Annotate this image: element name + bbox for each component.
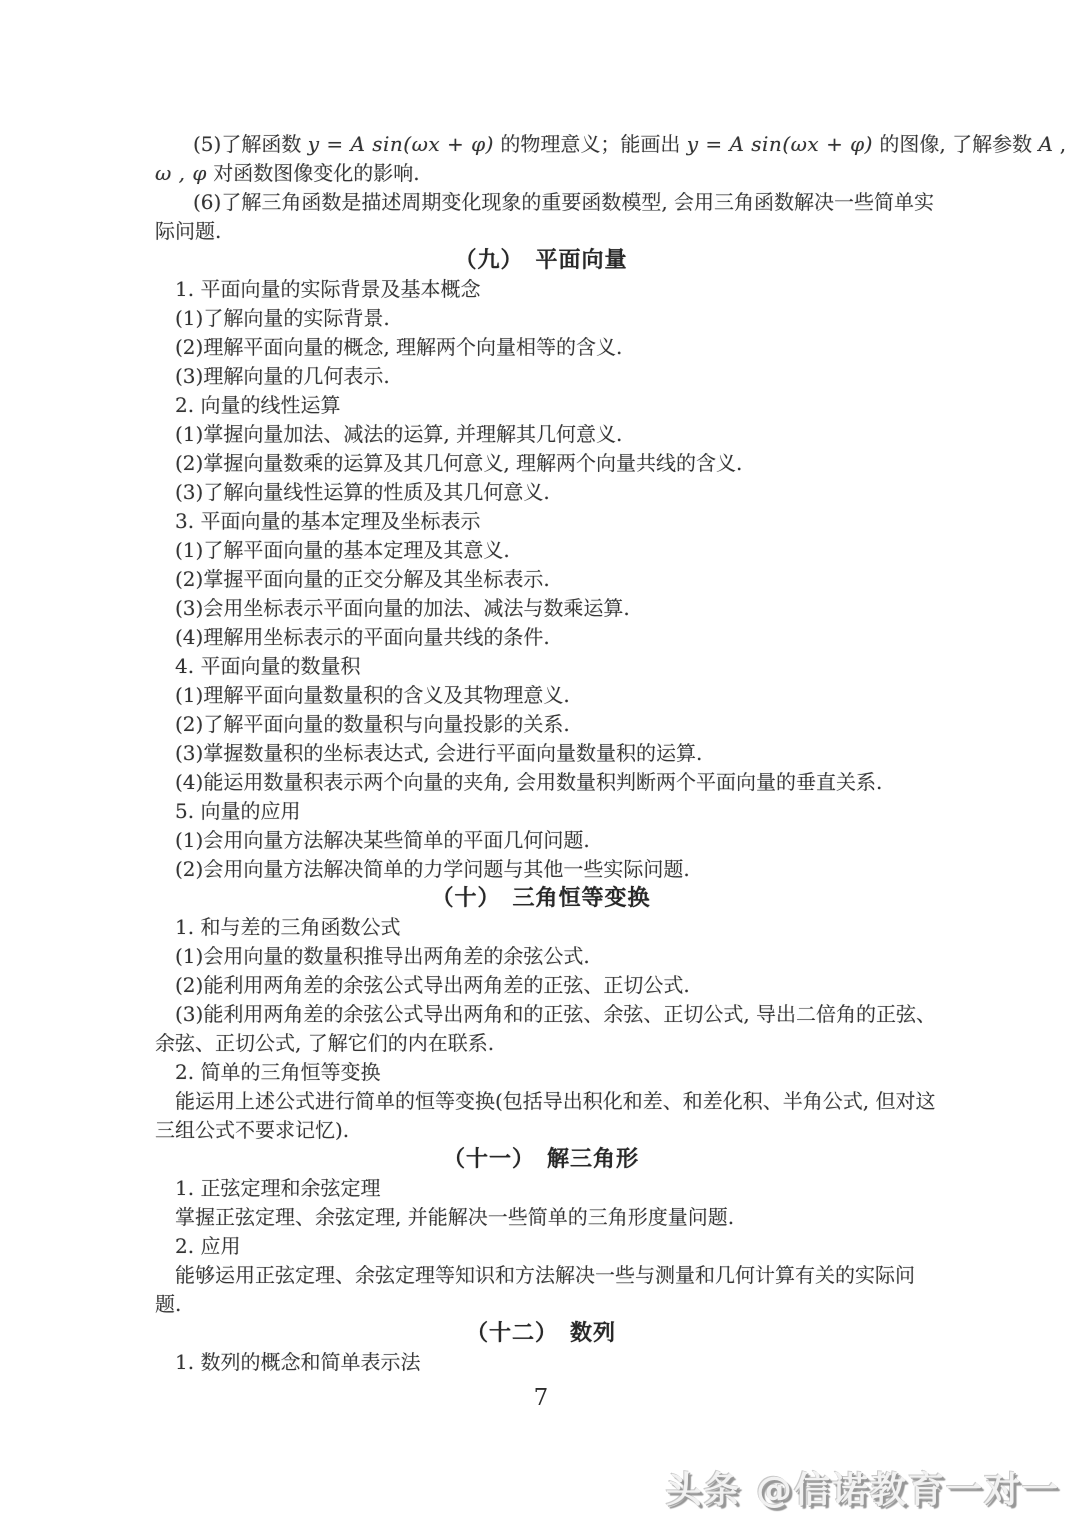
list-item: (4)理解用坐标表示的平面向量共线的条件. [155, 623, 927, 652]
watermark: 头条 @信诺教育一对一 [665, 1462, 1060, 1513]
list-item: 能够运用正弦定理、余弦定理等知识和方法解决一些与测量和几何计算有关的实际问 [155, 1261, 927, 1290]
list-item: 5. 向量的应用 [155, 797, 927, 826]
list-item-continuation: 题. [155, 1290, 927, 1319]
list-item: (2)理解平面向量的概念, 理解两个向量相等的含义. [155, 333, 927, 362]
formula-sin: y = A sin(ωx + φ) [308, 132, 494, 156]
list-item: (1)会用向量的数量积推导出两角差的余弦公式. [155, 942, 927, 971]
list-item: 1. 数列的概念和简单表示法 [155, 1348, 927, 1377]
list-item: 能运用上述公式进行简单的恒等变换(包括导出积化和差、和差化积、半角公式, 但对这 [155, 1087, 927, 1116]
list-item: (1)了解平面向量的基本定理及其意义. [155, 536, 927, 565]
list-item: (1)理解平面向量数量积的含义及其物理意义. [155, 681, 927, 710]
paragraph-5-line-1: (5)了解函数 y = A sin(ωx + φ) 的物理意义；能画出 y = … [155, 130, 927, 159]
list-item: (2)掌握向量数乘的运算及其几何意义, 理解两个向量共线的含义. [155, 449, 927, 478]
list-item: (1)了解向量的实际背景. [155, 304, 927, 333]
list-item-continuation: 余弦、正切公式, 了解它们的内在联系. [155, 1029, 927, 1058]
text-segment: (5)了解函数 [193, 132, 308, 156]
list-item: 2. 向量的线性运算 [155, 391, 927, 420]
section-heading-9: （九） 平面向量 [155, 246, 927, 275]
section-heading-11: （十一） 解三角形 [155, 1145, 927, 1174]
list-item: 4. 平面向量的数量积 [155, 652, 927, 681]
section-heading-12: （十二） 数列 [155, 1319, 927, 1348]
list-item: (3)掌握数量积的坐标表达式, 会进行平面向量数量积的运算. [155, 739, 927, 768]
page-number: 7 [155, 1384, 927, 1413]
list-item: (4)能运用数量积表示两个向量的夹角, 会用数量积判断两个平面向量的垂直关系. [155, 768, 927, 797]
list-item: 掌握正弦定理、余弦定理, 并能解决一些简单的三角形度量问题. [155, 1203, 927, 1232]
list-item-continuation: 三组公式不要求记忆). [155, 1116, 927, 1145]
list-item: 2. 应用 [155, 1232, 927, 1261]
text-segment: 的图像, 了解参数 [873, 132, 1038, 156]
formula-omega-phi: ω , φ [155, 161, 207, 185]
list-item: (3)了解向量线性运算的性质及其几何意义. [155, 478, 927, 507]
formula-variable-a: A [1038, 132, 1053, 156]
list-item: (2)会用向量方法解决简单的力学问题与其他一些实际问题. [155, 855, 927, 884]
paragraph-6-line-1: (6)了解三角函数是描述周期变化现象的重要函数模型, 会用三角函数解决一些简单实 [155, 188, 927, 217]
list-item: 2. 简单的三角恒等变换 [155, 1058, 927, 1087]
list-item: (1)掌握向量加法、减法的运算, 并理解其几何意义. [155, 420, 927, 449]
text-segment: , [1053, 132, 1066, 156]
paragraph-5-line-2: ω , φ 对函数图像变化的影响. [155, 159, 927, 188]
list-item: (2)掌握平面向量的正交分解及其坐标表示. [155, 565, 927, 594]
text-segment: 的物理意义；能画出 [494, 132, 687, 156]
list-item: (3)能利用两角差的余弦公式导出两角和的正弦、余弦、正切公式, 导出二倍角的正弦… [155, 1000, 927, 1029]
list-item: (2)了解平面向量的数量积与向量投影的关系. [155, 710, 927, 739]
list-item: (3)理解向量的几何表示. [155, 362, 927, 391]
list-item: (2)能利用两角差的余弦公式导出两角差的正弦、正切公式. [155, 971, 927, 1000]
list-item: 1. 和与差的三角函数公式 [155, 913, 927, 942]
list-item: 1. 平面向量的实际背景及基本概念 [155, 275, 927, 304]
list-item: 3. 平面向量的基本定理及坐标表示 [155, 507, 927, 536]
section-heading-10: （十） 三角恒等变换 [155, 884, 927, 913]
list-item: 1. 正弦定理和余弦定理 [155, 1174, 927, 1203]
text-segment: 对函数图像变化的影响. [207, 161, 420, 185]
document-page: (5)了解函数 y = A sin(ωx + φ) 的物理意义；能画出 y = … [0, 0, 1080, 1527]
page-content: (5)了解函数 y = A sin(ωx + φ) 的物理意义；能画出 y = … [155, 130, 927, 1413]
list-item: (3)会用坐标表示平面向量的加法、减法与数乘运算. [155, 594, 927, 623]
list-item: (1)会用向量方法解决某些简单的平面几何问题. [155, 826, 927, 855]
formula-sin: y = A sin(ωx + φ) [687, 132, 873, 156]
paragraph-6-line-2: 际问题. [155, 217, 927, 246]
